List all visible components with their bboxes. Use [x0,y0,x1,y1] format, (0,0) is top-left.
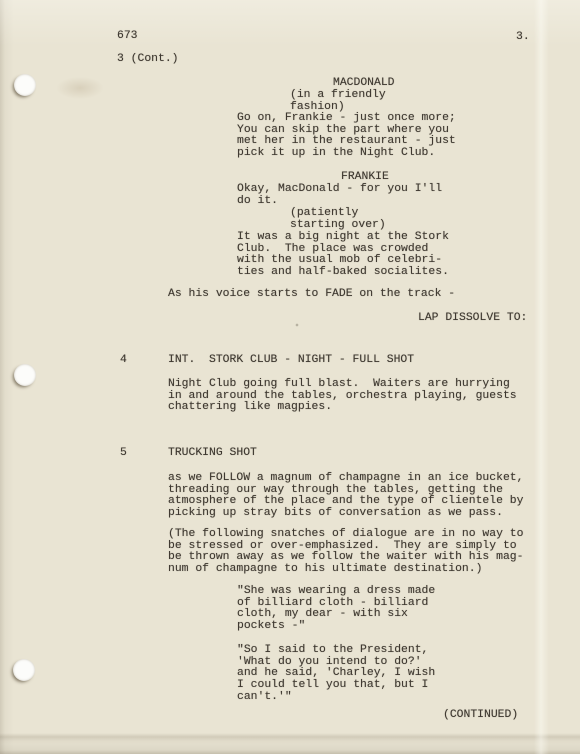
background-quote-1: "She was wearing a dress made of billiar… [237,586,435,633]
action-fade-note: As his voice starts to FADE on the track… [168,289,455,301]
punch-hole-top [14,74,36,96]
character-name-frankie: FRANKIE [341,172,389,184]
continued-footer: (CONTINUED) [443,710,518,722]
dialogue-macdonald: Go on, Frankie - just once more; You can… [237,113,456,160]
production-number: 673 [117,31,138,43]
scene-3-continued-label: 3 (Cont.) [117,54,179,66]
scene-5-number: 5 [120,448,127,460]
scene-4-heading: INT. STORK CLUB - NIGHT - FULL SHOT [168,355,414,367]
dialogue-frankie-2: It was a big night at the Stork Club. Th… [237,232,449,279]
punch-hole-middle [14,364,36,386]
page-number: 3. [516,32,530,44]
scene-4-number: 4 [120,355,127,367]
scene-5-dialogue-note: (The following snatches of dialogue are … [168,529,523,576]
punch-hole-bottom [13,659,35,681]
background-quote-2: "So I said to the President, 'What do yo… [237,645,435,704]
character-name-macdonald: MACDONALD [333,78,395,90]
dialogue-frankie-1: Okay, MacDonald - for you I'll do it. [237,184,442,207]
parenthetical-macdonald: (in a friendly fashion) [290,90,386,113]
scene-5-heading: TRUCKING SHOT [168,448,257,460]
script-page: 673 3. 3 (Cont.) MACDONALD (in a friendl… [0,0,580,754]
parenthetical-frankie: (patiently starting over) [290,208,386,231]
transition-lap-dissolve: LAP DISSOLVE TO: [418,313,527,325]
scene-5-action: as we FOLLOW a magnum of champagne in an… [168,473,523,520]
scene-4-action: Night Club going full blast. Waiters are… [168,379,517,414]
